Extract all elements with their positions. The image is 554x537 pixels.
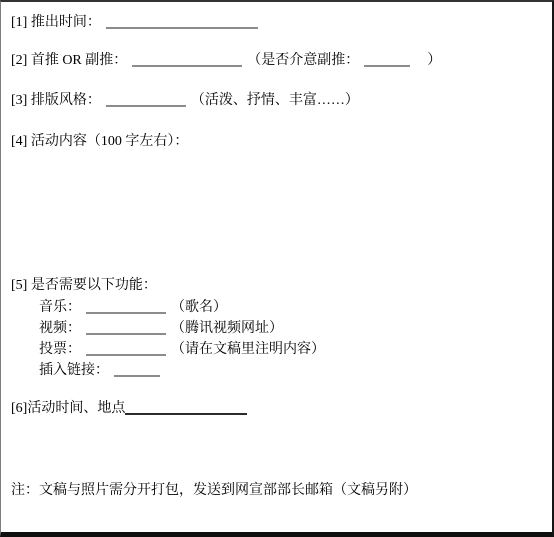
form-item-3-label: [3] 排版风格：: [11, 93, 101, 108]
form-document-page: [1] 推出时间： [2] 首推 OR 副推：（是否介意副推：） [3] 排版风…: [0, 0, 554, 537]
form-item-6-blank[interactable]: [125, 412, 247, 415]
form-item-2-note-suffix: ）: [427, 53, 441, 68]
form-item-2-label: [2] 首推 OR 副推：: [11, 53, 127, 68]
form-item-5-music: 音乐：（歌名）: [39, 299, 227, 316]
form-item-5-link: 插入链接：: [39, 362, 165, 379]
form-item-3-note: （活泼、抒情、丰富……）: [191, 93, 359, 108]
form-item-2: [2] 首推 OR 副推：（是否介意副推：）: [11, 52, 441, 69]
form-item-5-video-note: （腾讯视频网址）: [171, 321, 283, 336]
form-item-1: [1] 推出时间：: [11, 14, 263, 31]
form-item-6-label: [6]活动时间、地点: [11, 401, 125, 416]
form-item-3: [3] 排版风格：（活泼、抒情、丰富……）: [11, 92, 359, 109]
form-item-5-vote: 投票：（请在文稿里注明内容）: [39, 341, 325, 358]
form-item-5-vote-label: 投票：: [39, 342, 81, 357]
form-item-5-music-blank[interactable]: [86, 311, 166, 314]
form-item-1-label: [1] 推出时间：: [11, 15, 101, 30]
form-item-5-video-blank[interactable]: [86, 332, 166, 335]
form-item-5-label: [5] 是否需要以下功能：: [11, 278, 157, 293]
form-item-2-note-prefix: （是否介意副推：: [247, 53, 359, 68]
form-item-5-vote-blank[interactable]: [86, 353, 166, 356]
form-item-5-video: 视频：（腾讯视频网址）: [39, 320, 283, 337]
form-item-5-link-label: 插入链接：: [39, 363, 109, 378]
form-item-5: [5] 是否需要以下功能：: [11, 277, 157, 294]
form-item-5-link-blank[interactable]: [114, 374, 160, 377]
form-item-3-blank[interactable]: [106, 104, 186, 107]
form-footnote-text: 注：文稿与照片需分开打包，发送到网宣部部长邮箱（文稿另附）: [11, 483, 417, 498]
form-item-2-secondary-blank[interactable]: [364, 64, 410, 67]
form-footnote: 注：文稿与照片需分开打包，发送到网宣部部长邮箱（文稿另附）: [11, 482, 417, 499]
form-item-6: [6]活动时间、地点: [11, 400, 247, 417]
form-item-5-music-note: （歌名）: [171, 300, 227, 315]
form-item-4: [4] 活动内容（100 字左右）：: [11, 133, 188, 150]
form-item-5-music-label: 音乐：: [39, 300, 81, 315]
form-item-1-blank[interactable]: [106, 26, 258, 29]
form-item-5-video-label: 视频：: [39, 321, 81, 336]
form-item-5-vote-note: （请在文稿里注明内容）: [171, 342, 325, 357]
form-item-2-blank[interactable]: [132, 64, 242, 67]
form-item-4-label: [4] 活动内容（100 字左右）：: [11, 134, 188, 149]
